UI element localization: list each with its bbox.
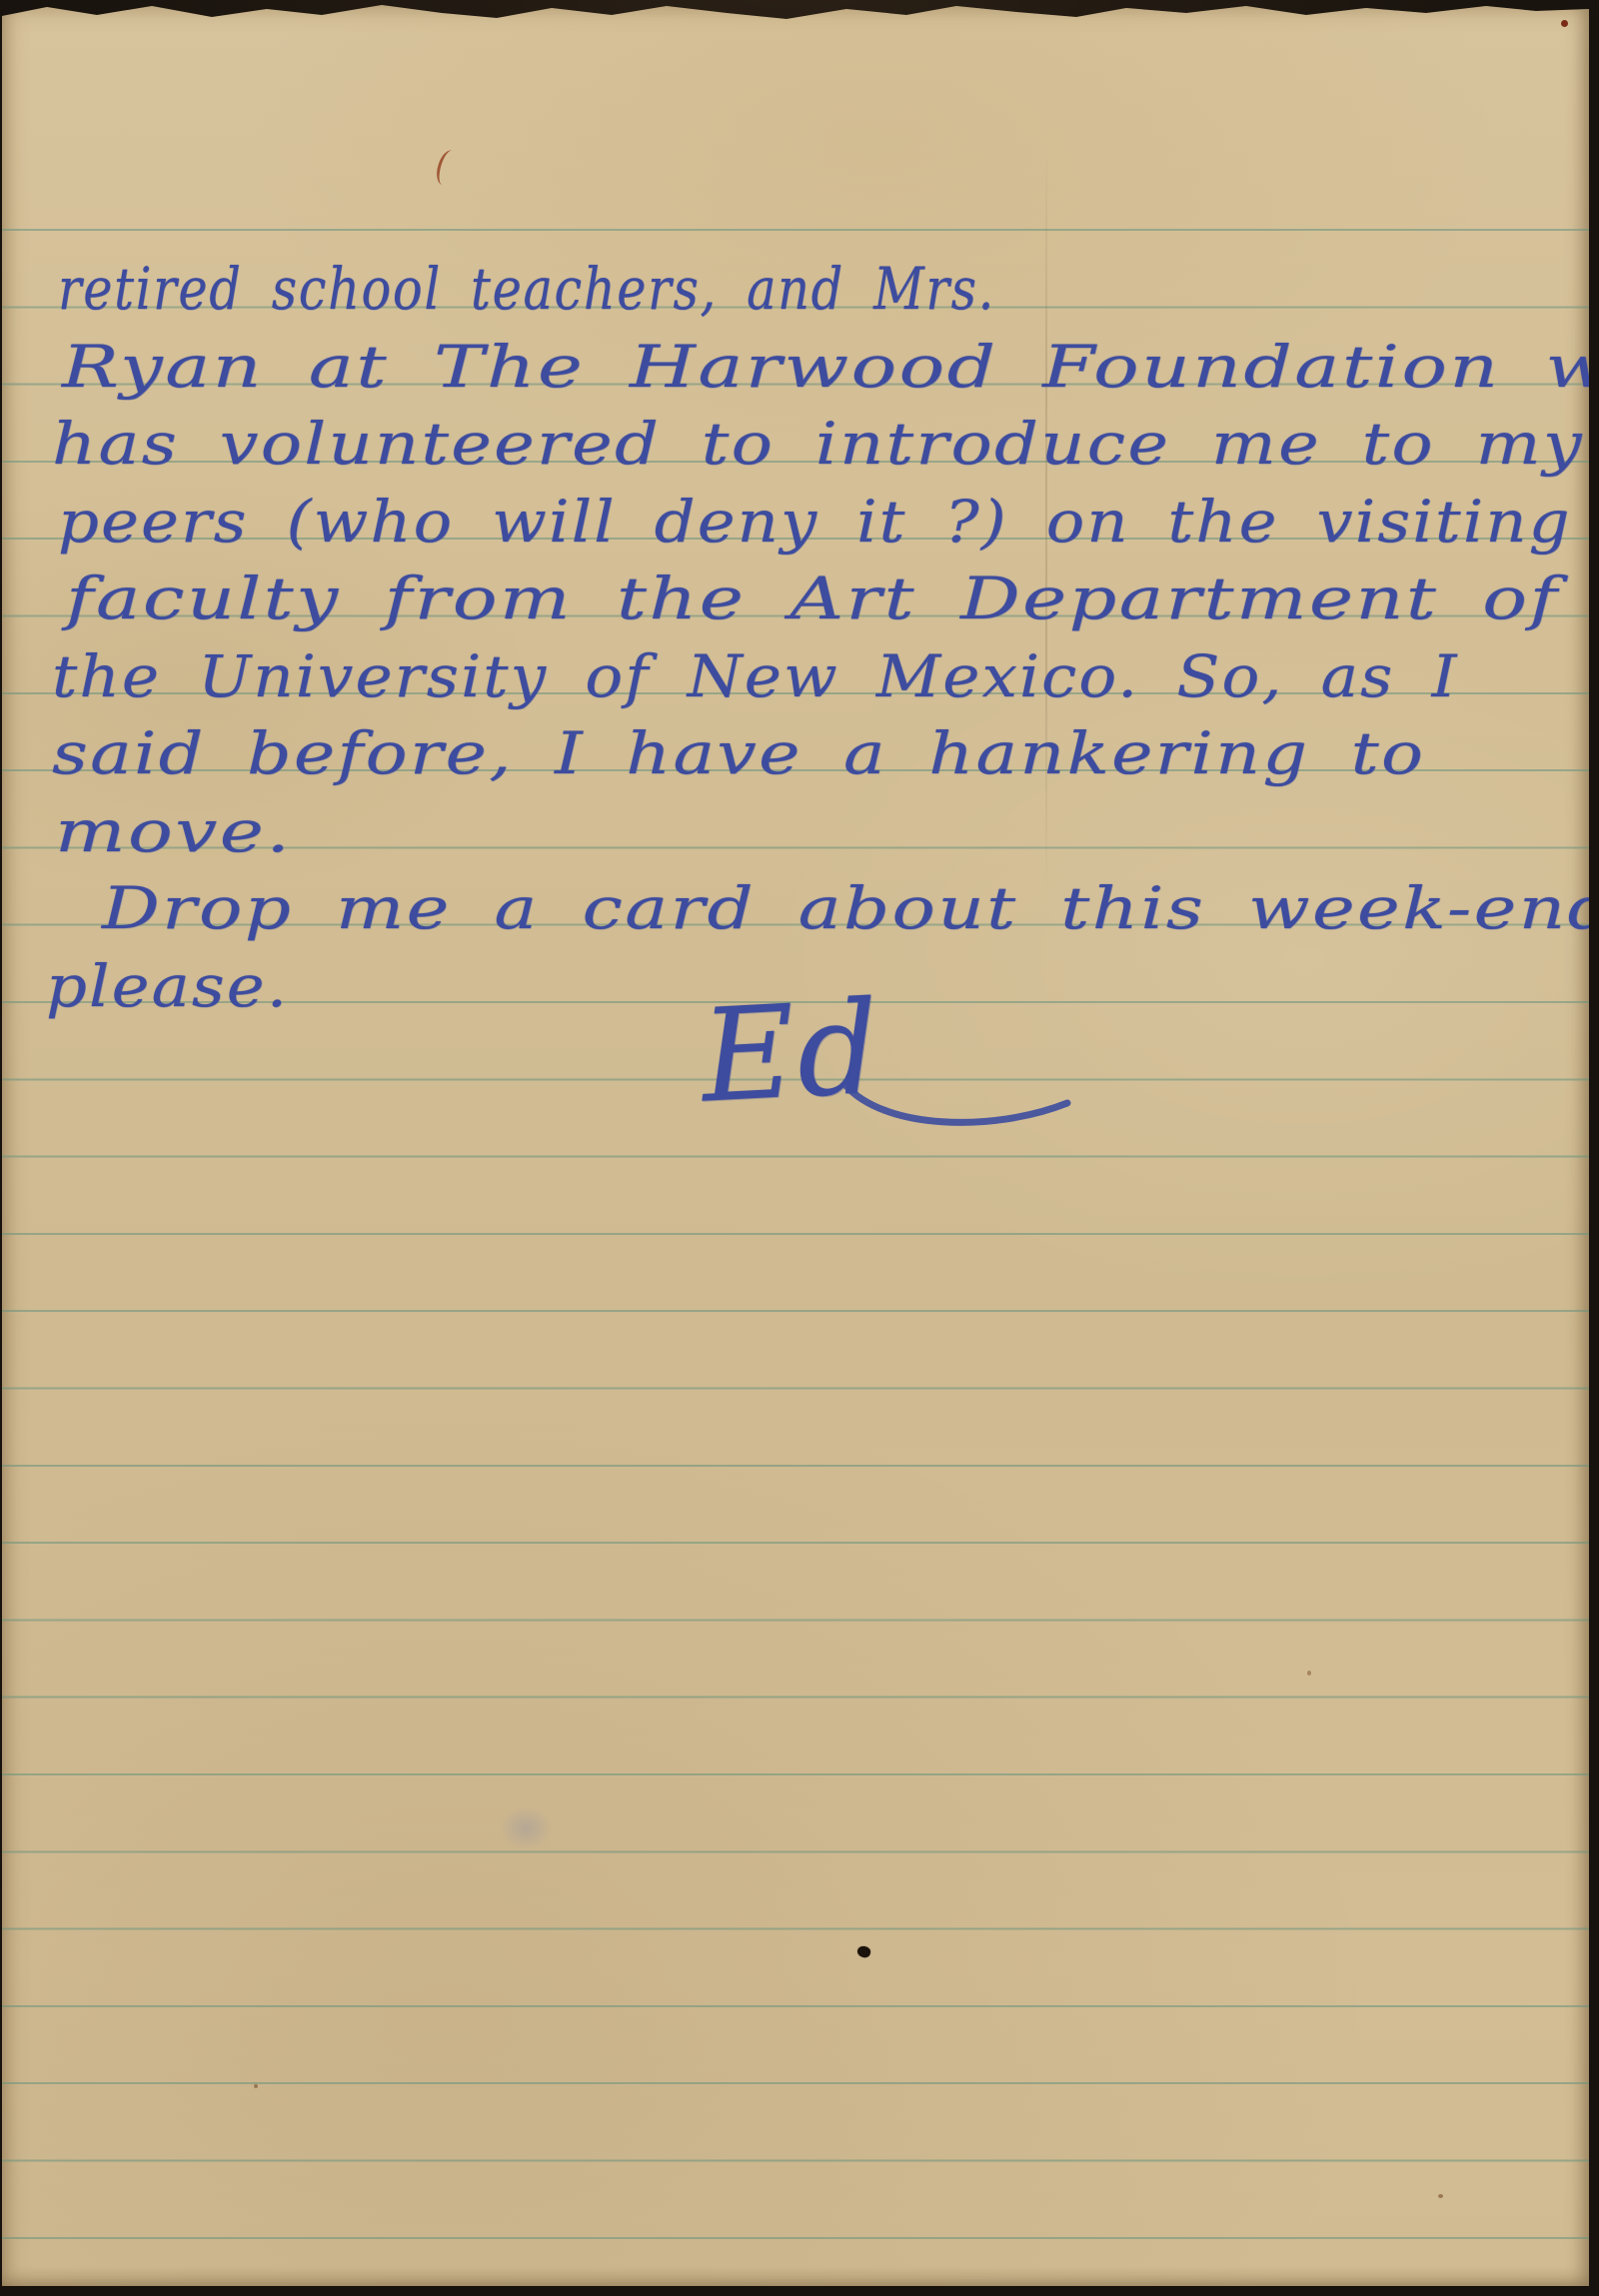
letter-line: Ryan at The Harwood Foundation who: [62, 338, 1599, 396]
paper-speck: [1307, 1671, 1311, 1676]
ink-smudge: [500, 1806, 552, 1850]
paper-fiber: [433, 148, 461, 188]
letter-line: retired school teachers, and Mrs.: [58, 260, 995, 318]
letter-line: move.: [55, 802, 292, 860]
letter-line: peers (who will deny it ?) on the visiti…: [58, 493, 1572, 551]
letter-line: faculty from the Art Department of: [66, 570, 1560, 627]
letter-line: the University of New Mexico. So, as I: [52, 647, 1459, 705]
paper-speck: [1561, 20, 1568, 27]
letter-paper: retired school teachers, and Mrs. Ryan a…: [2, 0, 1589, 2286]
letter-line: Drop me a card about this week-end,: [102, 879, 1599, 937]
paper-speck: [254, 2084, 258, 2088]
signature-flourish: [839, 1071, 1074, 1141]
scanned-letter-page: { "document": { "lines": [ "retired scho…: [0, 0, 1599, 2296]
paper-speck: [1438, 2194, 1443, 2198]
letter-line: has volunteered to introduce me to my: [52, 415, 1584, 473]
letter-line: said before, I have a hankering to: [52, 724, 1425, 782]
letter-line: please.: [46, 957, 289, 1015]
